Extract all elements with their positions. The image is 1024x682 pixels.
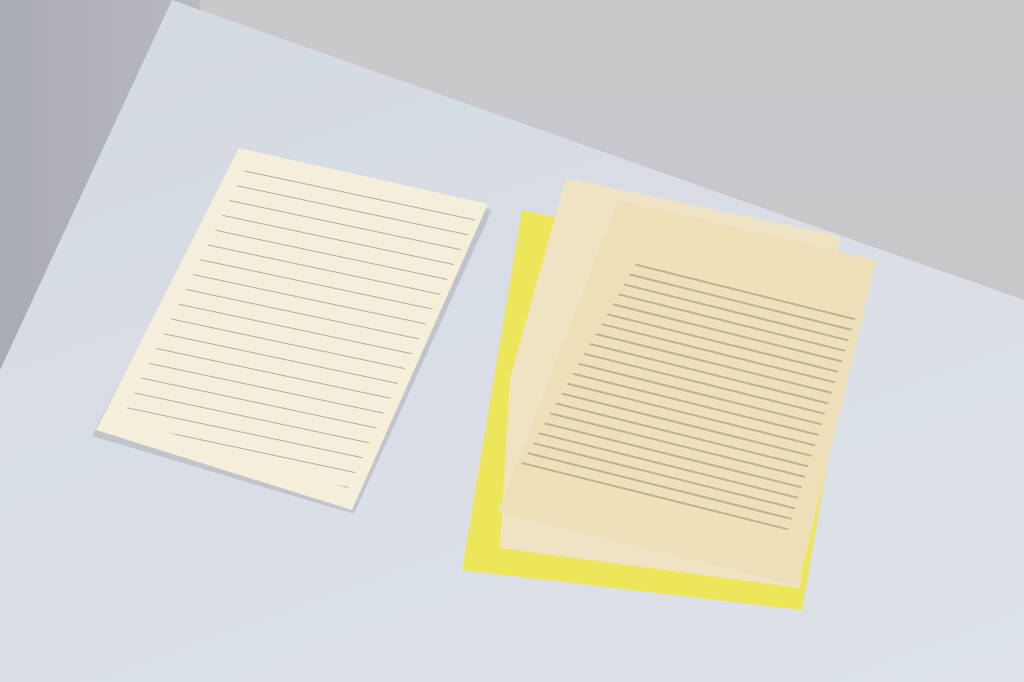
photo-scene	[0, 0, 1024, 682]
